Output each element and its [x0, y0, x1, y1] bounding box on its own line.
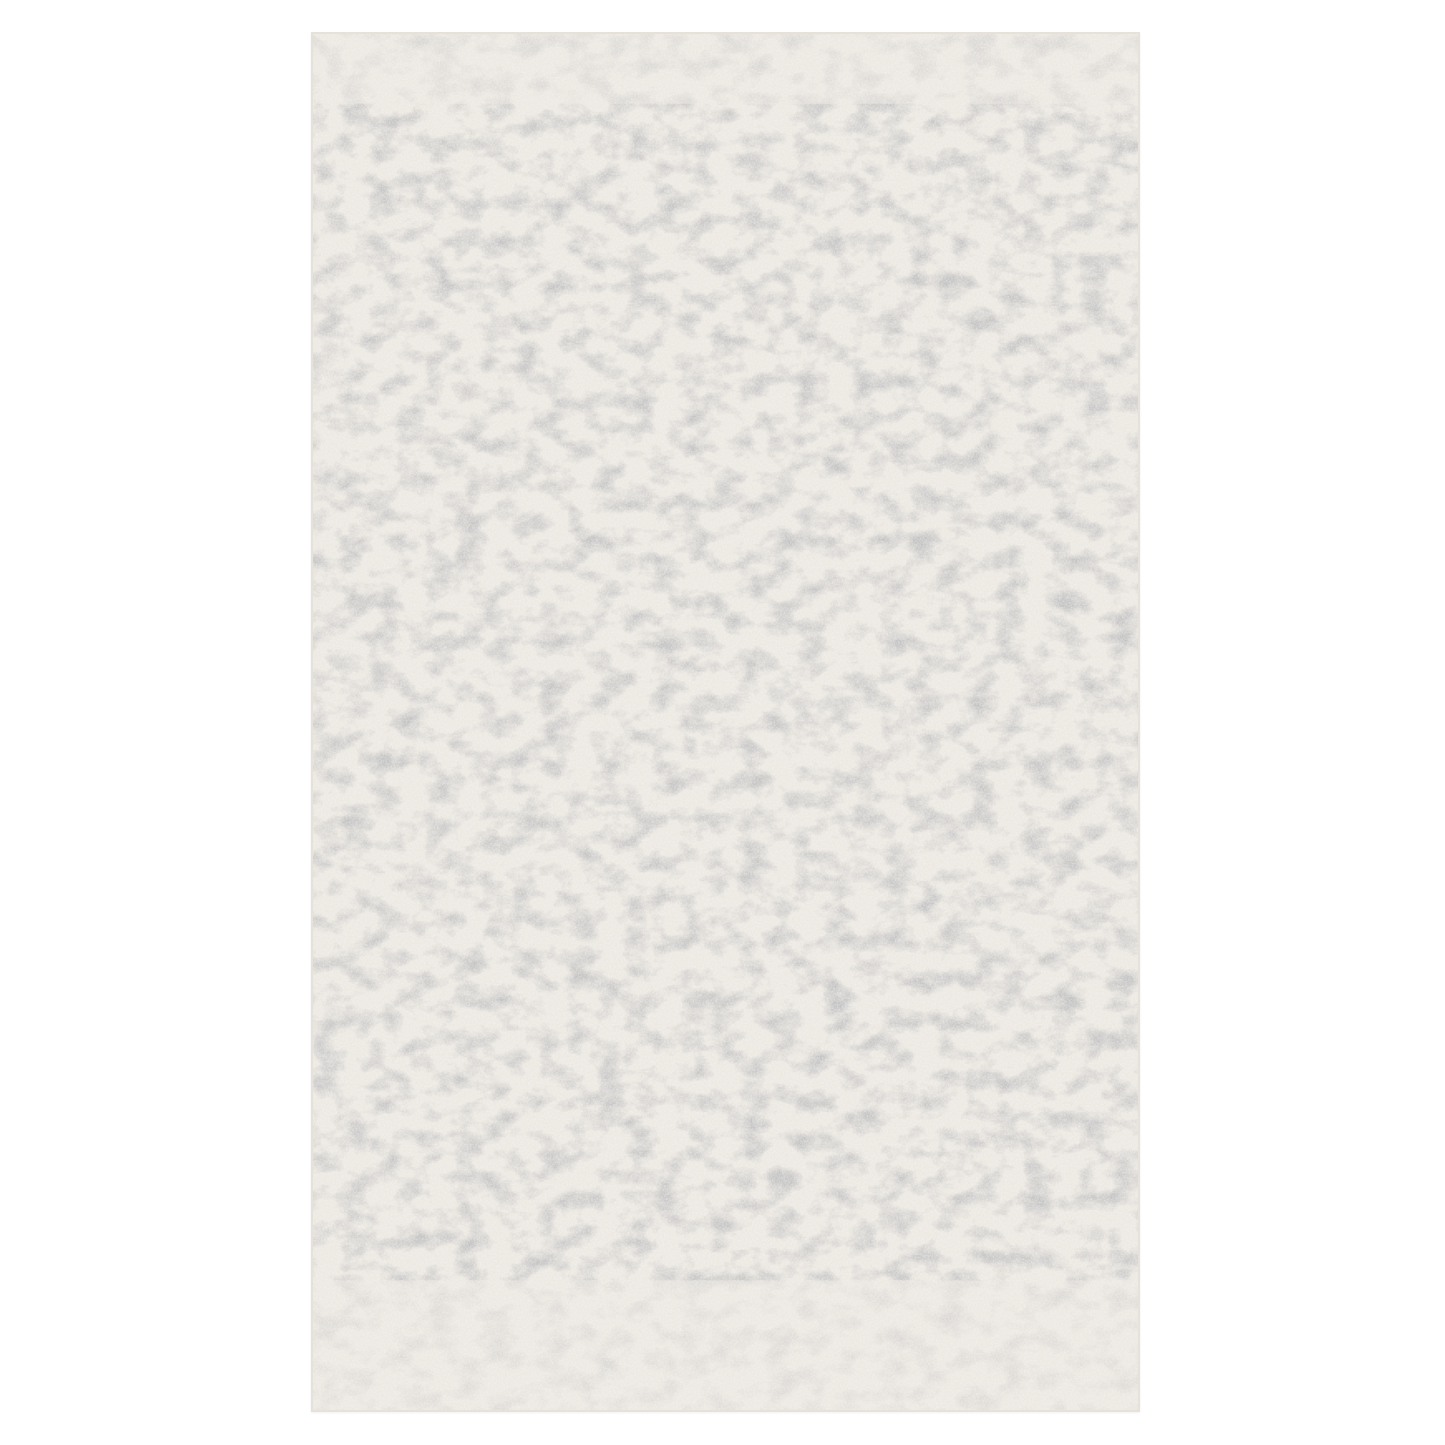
rug: [311, 32, 1140, 1412]
rug-pattern: [313, 34, 1138, 1410]
